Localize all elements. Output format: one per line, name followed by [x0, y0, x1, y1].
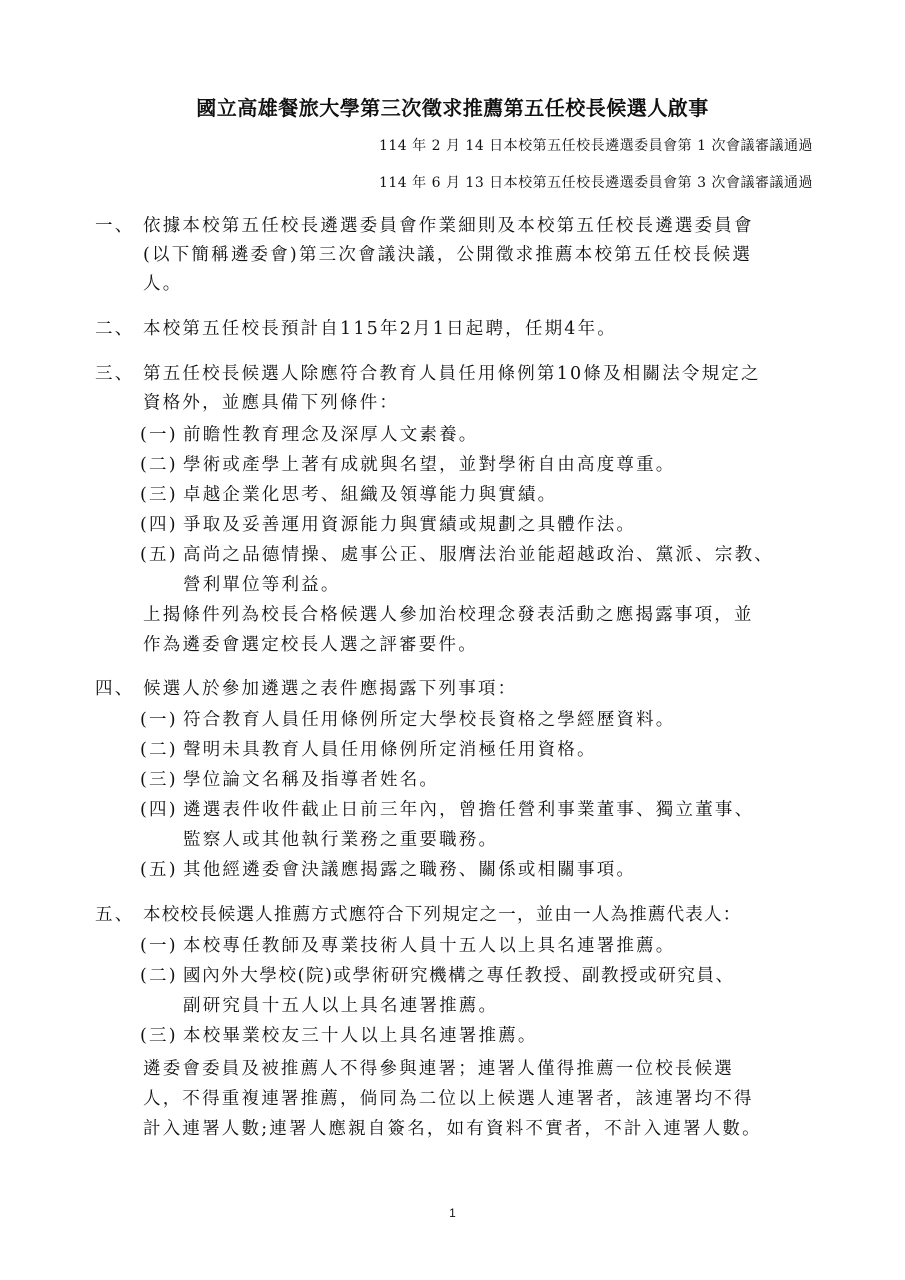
item-line: 本校專任教師及專業技術人員十五人以上具名連署推薦。 [183, 934, 676, 958]
item-line: 前瞻性教育理念及深厚人文素養。 [183, 423, 479, 447]
section-footer-line: 上揭條件列為校長合格候選人參加治校理念發表活動之應揭露事項，並 [143, 603, 754, 627]
item-marker: (四) [140, 798, 178, 822]
section-line: 依據本校第五任校長遴選委員會作業細則及本校第五任校長遴選委員會 [143, 214, 754, 238]
item-line: 其他經遴委會決議應揭露之職務、關係或相關事項。 [183, 858, 636, 882]
item-line: 本校畢業校友三十人以上具名連署推薦。 [183, 1024, 538, 1048]
item-marker: (一) [140, 934, 178, 958]
item-marker: (四) [140, 513, 178, 537]
item-marker: (二) [140, 738, 178, 762]
item-line: 副研究員十五人以上具名連署推薦。 [183, 994, 498, 1018]
section-marker: 四、 [95, 677, 134, 701]
item-marker: (五) [140, 858, 178, 882]
item-marker: (三) [140, 768, 178, 792]
section-line: 候選人於參加遴選之表件應揭露下列事項： [143, 677, 517, 701]
item-line: 學位論文名稱及指導者姓名。 [183, 768, 439, 792]
item-line: 符合教育人員任用條例所定大學校長資格之學經歷資料。 [183, 708, 676, 732]
item-line: 遴選表件收件截止日前三年內，曾擔任營利事業董事、獨立董事、 [183, 798, 754, 822]
item-marker: (一) [140, 423, 178, 447]
item-line: 國內外大學校(院)或學術研究機構之專任教授、副教授或研究員、 [183, 964, 735, 988]
section-footer-line: 作為遴委會選定校長人選之評審要件。 [143, 633, 478, 657]
item-line: 監察人或其他執行業務之重要職務。 [183, 828, 498, 852]
item-marker: (三) [140, 483, 178, 507]
approval-note-2: 114 年 6 月 13 日本校第五任校長遴選委員會第 3 次會議審議通過 [379, 172, 813, 192]
section-footer-line: 人，不得重複連署推薦，倘同為二位以上候選人連署者，該連署均不得 [143, 1087, 754, 1111]
section-marker: 三、 [95, 362, 134, 386]
item-line: 學術或產學上著有成就與名望，並對學術自由高度尊重。 [183, 453, 676, 477]
section-line: 本校第五任校長預計自115年2月1日起聘，任期4年。 [143, 317, 617, 341]
item-line: 高尚之品德情操、處事公正、服膺法治並能超越政治、黨派、宗教、 [183, 543, 774, 567]
section-marker: 二、 [95, 317, 134, 341]
approval-note-1: 114 年 2 月 14 日本校第五任校長遴選委員會第 1 次會議審議通過 [379, 135, 813, 155]
item-line: 營利單位等利益。 [183, 573, 341, 597]
item-marker: (二) [140, 453, 178, 477]
section-marker: 五、 [95, 903, 134, 927]
item-marker: (一) [140, 708, 178, 732]
section-line: 人。 [143, 272, 182, 296]
section-line: (以下簡稱遴委會)第三次會議決議，公開徵求推薦本校第五任校長候選 [143, 243, 752, 267]
page-number: 1 [0, 1206, 905, 1220]
item-line: 聲明未具教育人員任用條例所定消極任用資格。 [183, 738, 597, 762]
item-marker: (五) [140, 543, 178, 567]
section-footer-line: 遴委會委員及被推薦人不得參與連署；連署人僅得推薦一位校長候選 [143, 1057, 734, 1081]
section-line: 第五任校長候選人除應符合教育人員任用條例第10條及相關法令規定之 [143, 362, 761, 386]
section-line: 本校校長候選人推薦方式應符合下列規定之一，並由一人為推薦代表人： [143, 903, 741, 927]
item-line: 卓越企業化思考、組織及領導能力與實績。 [183, 483, 557, 507]
section-line: 資格外，並應具備下列條件： [143, 391, 399, 415]
document-title: 國立高雄餐旅大學第三次徵求推薦第五任校長候選人啟事 [0, 92, 905, 121]
item-line: 爭取及妥善運用資源能力與實績或規劃之具體作法。 [183, 513, 636, 537]
item-marker: (二) [140, 964, 178, 988]
section-marker: 一、 [95, 214, 134, 238]
document-page: 國立高雄餐旅大學第三次徵求推薦第五任校長候選人啟事 114 年 2 月 14 日… [0, 0, 905, 1280]
item-marker: (三) [140, 1024, 178, 1048]
section-footer-line: 計入連署人數;連署人應親自簽名，如有資料不實者，不計入連署人數。 [143, 1117, 762, 1141]
